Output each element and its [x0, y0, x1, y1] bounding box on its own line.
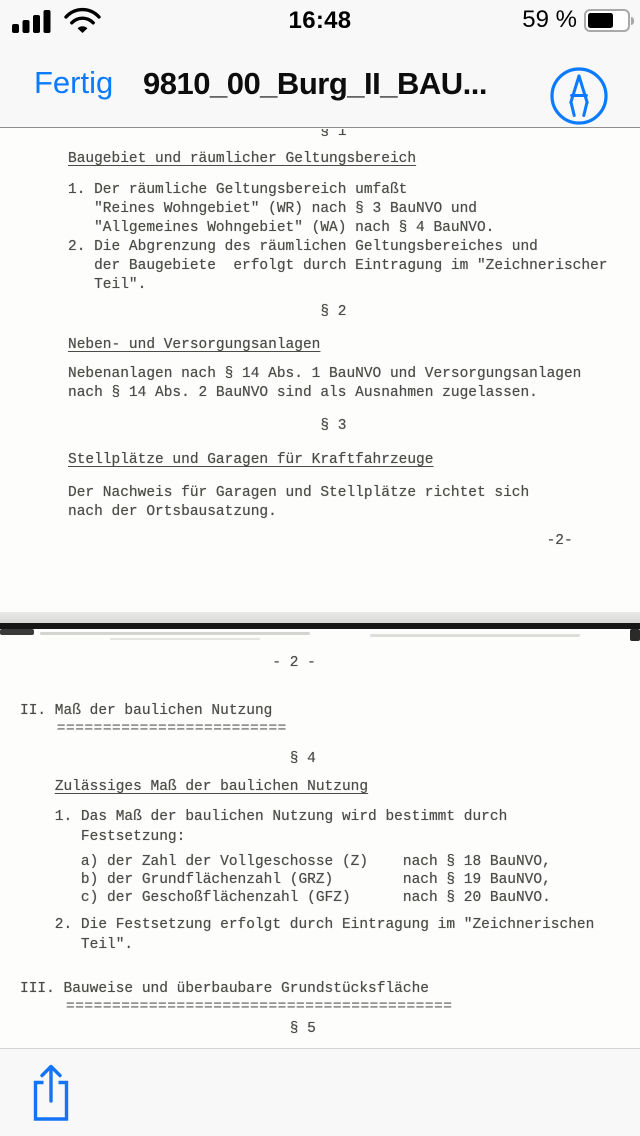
document-line: § 5	[20, 1019, 640, 1039]
page-separator	[0, 612, 640, 645]
document-line: c) der Geschoßflächenzahl (GFZ) nach § 2…	[20, 889, 640, 907]
document-line: b) der Grundflächenzahl (GRZ) nach § 19 …	[20, 871, 640, 889]
document-line: - 2 -	[20, 653, 640, 673]
markup-button[interactable]	[548, 65, 610, 127]
battery-group: 59 %	[522, 6, 630, 34]
battery-icon	[584, 9, 630, 32]
document-line: Teil".	[68, 276, 640, 295]
document-line: § 4	[20, 749, 640, 769]
document-title: 9810_00_Burg_II_BAU...	[143, 66, 533, 102]
document-line: § 1	[68, 129, 640, 142]
iphone-screen: 16:48 59 % Fertig 9810_00_Burg_II_BAU...	[0, 0, 640, 1136]
document-viewport[interactable]: § 1Baugebiet und räumlicher Geltungsbere…	[0, 129, 640, 1048]
document-line: ========================================…	[20, 999, 640, 1015]
share-icon	[28, 1061, 74, 1125]
bottom-toolbar	[0, 1048, 640, 1136]
document-line: a) der Zahl der Vollgeschosse (Z) nach §…	[20, 853, 640, 871]
document-line: Teil".	[20, 935, 640, 955]
document-line: 1. Das Maß der baulichen Nutzung wird be…	[20, 807, 640, 827]
nav-bar: Fertig 9810_00_Burg_II_BAU...	[0, 40, 640, 128]
document-line: § 3	[68, 417, 640, 436]
scan-smudge	[0, 629, 640, 645]
battery-nub	[631, 17, 635, 25]
document-line: der Baugebiete erfolgt durch Eintragung …	[68, 257, 640, 276]
document-line: 2. Die Festsetzung erfolgt durch Eintrag…	[20, 915, 640, 935]
document-line: III. Bauweise und überbaubare Grundstück…	[20, 979, 640, 999]
document-line: -2-	[68, 532, 640, 551]
document-line: nach der Ortsbausatzung.	[68, 503, 640, 522]
done-button[interactable]: Fertig	[34, 65, 113, 101]
document-line: "Reines Wohngebiet" (WR) nach § 3 BauNVO…	[68, 200, 640, 219]
document-line: Festsetzung:	[20, 827, 640, 847]
document-line: 1. Der räumliche Geltungsbereich umfaßt	[68, 181, 640, 200]
document-line: Zulässiges Maß der baulichen Nutzung	[20, 777, 640, 797]
page-gap	[0, 612, 640, 623]
document-page-1: § 1Baugebiet und räumlicher Geltungsbere…	[0, 129, 640, 612]
document-line: Baugebiet und räumlicher Geltungsbereich	[68, 150, 640, 169]
share-button[interactable]	[28, 1059, 76, 1127]
document-line: § 2	[68, 303, 640, 322]
document-line: 2. Die Abgrenzung des räumlichen Geltung…	[68, 238, 640, 257]
status-bar: 16:48 59 %	[0, 0, 640, 40]
battery-percent: 59 %	[522, 6, 577, 34]
document-line: Der Nachweis für Garagen und Stellplätze…	[68, 484, 640, 503]
document-line: =========================	[20, 721, 640, 737]
document-line: nach § 14 Abs. 2 BauNVO sind als Ausnahm…	[68, 384, 640, 403]
document-line: Nebenanlagen nach § 14 Abs. 1 BauNVO und…	[68, 365, 640, 384]
document-page-2: - 2 -II. Maß der baulichen Nutzung =====…	[0, 653, 640, 1039]
document-line: II. Maß der baulichen Nutzung	[20, 701, 640, 721]
markup-pen-icon	[548, 65, 610, 127]
document-line: Neben- und Versorgungsanlagen	[68, 336, 640, 355]
battery-fill	[588, 13, 613, 28]
document-line: "Allgemeines Wohngebiet" (WA) nach § 4 B…	[68, 219, 640, 238]
document-line: Stellplätze und Garagen für Kraftfahrzeu…	[68, 451, 640, 470]
